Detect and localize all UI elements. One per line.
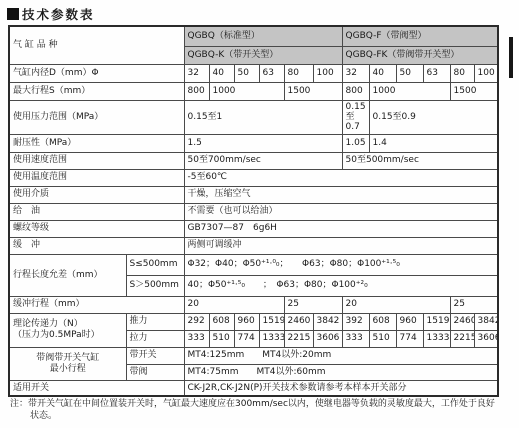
page-title: 技术参数表: [7, 5, 95, 23]
table-row-cushion-stroke: 缓冲行程（mm） 20 25 20 25: [9, 296, 498, 313]
cell: 2215: [450, 330, 474, 347]
cell: 1333: [423, 330, 450, 347]
row-label-max-stroke: 最大行程S（mm）: [9, 82, 184, 100]
page-title-text: 技术参数表: [22, 5, 95, 23]
cell: 32: [342, 64, 369, 82]
table-row-cushion: 缓 冲 两侧可调缓冲: [9, 237, 498, 254]
cell: 40；Φ50⁺¹·⁵₀ ； Φ63；Φ80；Φ100⁺²₀: [184, 275, 498, 296]
table-row-medium: 使用介质 干燥，压缩空气: [9, 186, 498, 203]
header-group1-standard: QGBQ（标准型）: [184, 26, 342, 46]
cell: 392: [342, 313, 369, 330]
catalog-page: 技术参数表 气 缸 品 种 QGBQ（标准型） QGBQ-F（带阀型） QGBQ…: [0, 0, 519, 428]
cell: 40: [369, 64, 396, 82]
cell: 292: [184, 313, 209, 330]
header-group2-valve-switch: QGBQ-FK（带阀带开关型）: [342, 46, 498, 64]
cell: 0.15 至0.7: [342, 100, 369, 134]
cell: 608: [209, 313, 234, 330]
row-label-theoretical-force: 理论传递力（N） （压力为0.5MPa时）: [9, 313, 126, 347]
footnote: 注：带开关气缸在中间位置装开关时，气缸最大速度应在300mm/sec以内，使继电…: [10, 399, 498, 422]
cell: 774: [234, 330, 259, 347]
cell: 774: [396, 330, 423, 347]
cell: 两侧可调缓冲: [184, 237, 498, 254]
cell: 20: [184, 296, 284, 313]
cell: 960: [396, 313, 423, 330]
cell: 510: [369, 330, 396, 347]
min-stroke-label-line1: 带阀带开关气缸: [13, 353, 123, 364]
cell: 50至700mm/sec: [184, 152, 342, 169]
cell: 0.15至0.9: [369, 100, 498, 134]
header-product-label: 气 缸 品 种: [9, 26, 184, 64]
cell: 960: [234, 313, 259, 330]
cell: 63: [259, 64, 284, 82]
row-label-pressure-resistance: 耐压性（MPa）: [9, 134, 184, 152]
cell: 3606: [474, 330, 498, 347]
cell: 不需要（也可以给油）: [184, 203, 498, 220]
cell: 1.05: [342, 134, 369, 152]
cell: -5至60℃: [184, 169, 498, 186]
row-label-stroke-tolerance: 行程长度允差（mm）: [9, 254, 126, 296]
row-label-lubrication: 给 油: [9, 203, 184, 220]
row-label-cushion-stroke: 缓冲行程（mm）: [9, 296, 184, 313]
sublabel-push: 推力: [126, 313, 184, 330]
table-row-speed-range: 使用速度范围 50至700mm/sec 50至500mm/sec: [9, 152, 498, 169]
theoretical-force-label-line2: （压力为0.5MPa时）: [13, 330, 123, 341]
row-label-pressure-range: 使用压力范围（MPa）: [9, 100, 184, 134]
cell: 1519: [423, 313, 450, 330]
table-row-lubrication: 给 油 不需要（也可以给油）: [9, 203, 498, 220]
row-label-bore: 气缸内径D（mm）Φ: [9, 64, 184, 82]
cell: 40: [209, 64, 234, 82]
table-row-min-stroke-switch: 带阀带开关气缸 最小行程 带开关 MT4:125mm MT4以外:20mm: [9, 347, 498, 364]
cell: 50至500mm/sec: [342, 152, 498, 169]
header-group1-switch: QGBQ-K（带开关型）: [184, 46, 342, 64]
cell: 2460: [450, 313, 474, 330]
row-label-temp-range: 使用温度范围: [9, 169, 184, 186]
cell: 25: [284, 296, 342, 313]
cell: 1.5: [184, 134, 342, 152]
cell: 25: [450, 296, 498, 313]
cell: 20: [342, 296, 450, 313]
row-label-cushion: 缓 冲: [9, 237, 184, 254]
cell: 50: [396, 64, 423, 82]
row-label-thread-grade: 螺纹等级: [9, 220, 184, 237]
min-stroke-label-line2: 最小行程: [13, 364, 123, 375]
cell: 2215: [284, 330, 313, 347]
sublabel-s-gt-500: S＞500mm: [126, 275, 184, 296]
cell: 333: [342, 330, 369, 347]
table-row-temp-range: 使用温度范围 -5至60℃: [9, 169, 498, 186]
table-row-thread-grade: 螺纹等级 GB7307—87 6g6H: [9, 220, 498, 237]
cell: 1500: [284, 82, 342, 100]
table-row-pressure-resistance: 耐压性（MPa） 1.5 1.05 1.4: [9, 134, 498, 152]
table-row-max-stroke: 最大行程S（mm） 800 1000 1500 800 1000 1500: [9, 82, 498, 100]
cell: GB7307—87 6g6H: [184, 220, 498, 237]
cell: 333: [184, 330, 209, 347]
cell: 1500: [450, 82, 498, 100]
sublabel-pull: 拉力: [126, 330, 184, 347]
cell: 63: [423, 64, 450, 82]
sublabel-s-le-500: S≤500mm: [126, 254, 184, 275]
cell: 1.4: [369, 134, 498, 152]
cell: 3842: [474, 313, 498, 330]
cell: 干燥，压缩空气: [184, 186, 498, 203]
cell: 800: [342, 82, 369, 100]
table-row-applicable-switch: 适用开关 CK-J2R,CK-J2N(P)开关技术参数请参考本样本开关部分: [9, 380, 498, 396]
table-row-push-force: 理论传递力（N） （压力为0.5MPa时） 推力 292 608 960 151…: [9, 313, 498, 330]
header-group2-valve: QGBQ-F（带阀型）: [342, 26, 498, 46]
cell: 3606: [313, 330, 342, 347]
section-marker-icon: [7, 8, 19, 20]
row-label-medium: 使用介质: [9, 186, 184, 203]
cell: 100: [474, 64, 498, 82]
theoretical-force-label-line1: 理论传递力（N）: [13, 319, 123, 330]
cell: Φ32；Φ40；Φ50⁺¹·⁰₀； Φ63；Φ80；Φ100⁺¹·⁵₀: [184, 254, 498, 275]
cell: 1000: [369, 82, 450, 100]
cell: 800: [184, 82, 209, 100]
cell: MT4:75mm MT4以外:60mm: [184, 364, 498, 380]
cell: 100: [313, 64, 342, 82]
cell: CK-J2R,CK-J2N(P)开关技术参数请参考本样本开关部分: [184, 380, 498, 396]
table-row-stroke-tolerance-1: 行程长度允差（mm） S≤500mm Φ32；Φ40；Φ50⁺¹·⁰₀； Φ63…: [9, 254, 498, 275]
table-row: 气 缸 品 种 QGBQ（标准型） QGBQ-F（带阀型）: [9, 26, 498, 46]
row-label-min-stroke: 带阀带开关气缸 最小行程: [9, 347, 126, 380]
cell: 80: [284, 64, 313, 82]
page-edge-mark: [509, 37, 513, 78]
cell: 80: [450, 64, 474, 82]
cell: 1519: [259, 313, 284, 330]
table-row-pressure-range: 使用压力范围（MPa） 0.15至1 0.15 至0.7 0.15至0.9: [9, 100, 498, 134]
row-label-speed-range: 使用速度范围: [9, 152, 184, 169]
cell: 1000: [209, 82, 284, 100]
cell: 3842: [313, 313, 342, 330]
cell: 510: [209, 330, 234, 347]
cell: 1333: [259, 330, 284, 347]
spec-table: 气 缸 品 种 QGBQ（标准型） QGBQ-F（带阀型） QGBQ-K（带开关…: [8, 25, 499, 397]
cell: MT4:125mm MT4以外:20mm: [184, 347, 498, 364]
row-label-applicable-switch: 适用开关: [9, 380, 184, 396]
cell: 32: [184, 64, 209, 82]
cell: 2460: [284, 313, 313, 330]
table-row-bore: 气缸内径D（mm）Φ 32 40 50 63 80 100 32 40 50 6…: [9, 64, 498, 82]
sublabel-with-switch: 带开关: [126, 347, 184, 364]
cell: 50: [234, 64, 259, 82]
cell: 0.15至1: [184, 100, 342, 134]
cell: 608: [369, 313, 396, 330]
sublabel-with-valve: 带阀: [126, 364, 184, 380]
